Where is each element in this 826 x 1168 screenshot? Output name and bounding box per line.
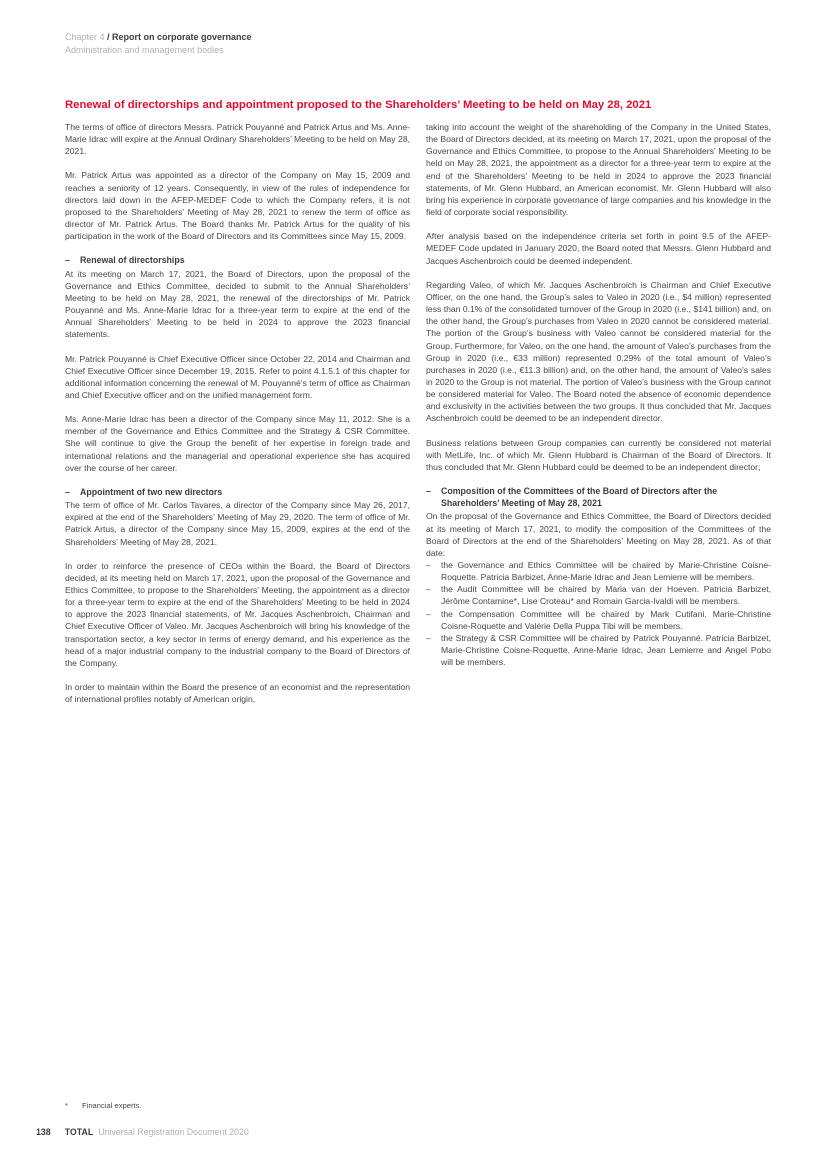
subheading-label: Composition of the Committees of the Boa…	[441, 485, 771, 509]
breadcrumb: Chapter 4 / Report on corporate governan…	[65, 31, 252, 44]
page-footer: 138TOTALUniversal Registration Document …	[36, 1127, 776, 1137]
paragraph: Business relations between Group compani…	[426, 437, 771, 473]
list-item-text: the Strategy & CSR Committee will be cha…	[441, 632, 771, 668]
dash-marker: –	[65, 486, 80, 498]
subheading-appointment-of-two-new-directors: – Appointment of two new directors	[65, 486, 410, 498]
paragraph: The terms of office of directors Messrs.…	[65, 121, 410, 157]
list-item: – the Governance and Ethics Committee wi…	[426, 559, 771, 583]
chapter-label: Chapter 4	[65, 32, 107, 42]
paragraph: Mr. Patrick Artus was appointed as a dir…	[65, 169, 410, 242]
dash-marker: –	[426, 485, 441, 509]
subheading-renewal-of-directorships: – Renewal of directorships	[65, 254, 410, 266]
footnote-text: Financial experts.	[82, 1101, 142, 1111]
list-item: – the Compensation Committee will be cha…	[426, 608, 771, 632]
page-title: Renewal of directorships and appointment…	[65, 98, 771, 112]
paragraph: In order to reinforce the presence of CE…	[65, 560, 410, 669]
left-column: The terms of office of directors Messrs.…	[65, 121, 410, 717]
paragraph: In order to maintain within the Board th…	[65, 681, 410, 705]
page-header: Chapter 4 / Report on corporate governan…	[65, 31, 252, 57]
footnote-marker: *	[65, 1101, 82, 1111]
footnote: * Financial experts.	[65, 1101, 465, 1111]
paragraph: Ms. Anne-Marie Idrac has been a director…	[65, 413, 410, 474]
subheading-label: Appointment of two new directors	[80, 486, 222, 498]
brand-name: TOTAL	[65, 1127, 94, 1137]
paragraph: After analysis based on the independence…	[426, 230, 771, 266]
paragraph: On the proposal of the Governance and Et…	[426, 510, 771, 559]
list-item-text: the Compensation Committee will be chair…	[441, 608, 771, 632]
list-item: – the Strategy & CSR Committee will be c…	[426, 632, 771, 668]
subheading-composition-of-committees: – Composition of the Committees of the B…	[426, 485, 771, 509]
right-column: taking into account the weight of the sh…	[426, 121, 771, 717]
dash-marker: –	[426, 583, 441, 607]
dash-marker: –	[65, 254, 80, 266]
body-columns: The terms of office of directors Messrs.…	[65, 121, 771, 717]
dash-marker: –	[426, 559, 441, 583]
paragraph: At its meeting on March 17, 2021, the Bo…	[65, 268, 410, 341]
paragraph: taking into account the weight of the sh…	[426, 121, 771, 218]
chapter-title: / Report on corporate governance	[107, 32, 252, 42]
paragraph: Regarding Valeo, of which Mr. Jacques As…	[426, 279, 771, 425]
page-number: 138	[36, 1127, 51, 1137]
committee-bullet-list: – the Governance and Ethics Committee wi…	[426, 559, 771, 668]
paragraph: Mr. Patrick Pouyanné is Chief Executive …	[65, 353, 410, 402]
list-item-text: the Audit Committee will be chaired by M…	[441, 583, 771, 607]
list-item: – the Audit Committee will be chaired by…	[426, 583, 771, 607]
dash-marker: –	[426, 608, 441, 632]
subheading-label: Renewal of directorships	[80, 254, 185, 266]
list-item-text: the Governance and Ethics Committee will…	[441, 559, 771, 583]
section-subtitle: Administration and management bodies	[65, 44, 252, 57]
dash-marker: –	[426, 632, 441, 668]
paragraph: The term of office of Mr. Carlos Tavares…	[65, 499, 410, 548]
document-name: Universal Registration Document 2020	[98, 1127, 249, 1137]
